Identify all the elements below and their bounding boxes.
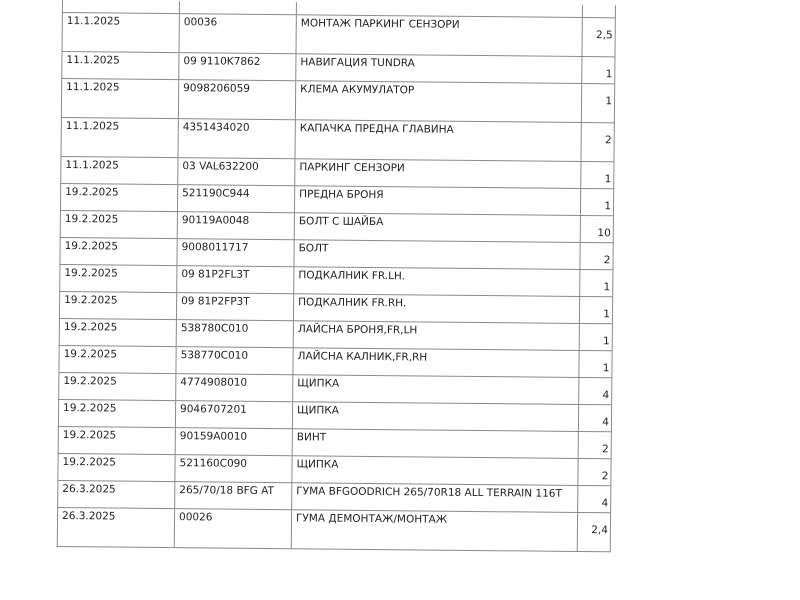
description-cell: ЛАЙСНА БРОНЯ,FR,LH bbox=[293, 321, 579, 351]
description-cell: ГУМА ДЕМОНТАЖ/МОНТАЖ bbox=[291, 510, 577, 552]
part-code-cell: 4351434020 bbox=[178, 119, 295, 159]
quantity-value: 1 bbox=[603, 308, 610, 320]
quantity-value: 2 bbox=[604, 254, 611, 266]
date-cell: 19.2.2025 bbox=[60, 210, 177, 238]
part-code-cell: 90159A0010 bbox=[175, 428, 292, 456]
quantity-cell: 2 bbox=[578, 431, 611, 458]
quantity-value: 1 bbox=[603, 335, 610, 347]
table-row: 11.1.2025 4351434020 КАПАЧКА ПРЕДНА ГЛАВ… bbox=[61, 117, 614, 161]
part-code-cell: 521190C944 bbox=[177, 185, 294, 213]
quantity-value: 2 bbox=[605, 134, 612, 146]
description-cell: ЛАЙСНА КАЛНИК,FR,RH bbox=[293, 348, 579, 378]
cell-empty bbox=[582, 5, 615, 18]
quantity-cell: 1 bbox=[579, 323, 612, 350]
cell-empty bbox=[179, 1, 296, 15]
part-code-cell: 9098206059 bbox=[178, 80, 295, 120]
table-row: 26.3.2025 00026 ГУМА ДЕМОНТАЖ/МОНТАЖ 2,4 bbox=[57, 507, 610, 551]
quantity-cell: 1 bbox=[582, 56, 615, 83]
part-code-cell: 09 9110K7862 bbox=[179, 53, 296, 81]
quantity-cell: 10 bbox=[580, 215, 613, 242]
description-cell: ЩИПКА bbox=[292, 402, 578, 432]
part-code-cell: 03 VAL632200 bbox=[178, 158, 295, 186]
description-cell: КАПАЧКА ПРЕДНА ГЛАВИНА bbox=[295, 120, 581, 162]
quantity-cell: 1 bbox=[579, 350, 612, 377]
date-cell: 11.1.2025 bbox=[61, 79, 178, 119]
parts-table-wrapper: 11.1.2025 00036 МОНТАЖ ПАРКИНГ СЕНЗОРИ 2… bbox=[57, 0, 616, 552]
description-cell: ЩИПКА bbox=[292, 456, 578, 486]
description-cell: ПРЕДНА БРОНЯ bbox=[294, 186, 580, 216]
quantity-value: 1 bbox=[606, 68, 613, 80]
quantity-cell: 2 bbox=[581, 122, 614, 161]
part-code-cell: 538770C010 bbox=[176, 347, 293, 375]
date-cell: 19.2.2025 bbox=[58, 426, 175, 454]
description-cell: ПОДКАЛНИК FR.LH. bbox=[294, 267, 580, 297]
scanned-document-page: 11.1.2025 00036 МОНТАЖ ПАРКИНГ СЕНЗОРИ 2… bbox=[0, 0, 800, 600]
quantity-cell: 1 bbox=[580, 269, 613, 296]
part-code-cell: 9008011717 bbox=[177, 239, 294, 267]
quantity-value: 4 bbox=[602, 416, 609, 428]
date-cell: 19.2.2025 bbox=[60, 237, 177, 265]
quantity-value: 2 bbox=[602, 443, 609, 455]
date-cell: 19.2.2025 bbox=[59, 345, 176, 373]
part-code-cell: 00026 bbox=[174, 509, 291, 549]
quantity-cell: 4 bbox=[578, 404, 611, 431]
part-code-cell: 265/70/18 BFG AT bbox=[175, 482, 292, 510]
part-code-cell: 521160C090 bbox=[175, 455, 292, 483]
table-row: 11.1.2025 9098206059 КЛЕМА АКУМУЛАТОР 1 bbox=[61, 79, 614, 123]
quantity-value: 1 bbox=[604, 281, 611, 293]
date-cell: 26.3.2025 bbox=[58, 480, 175, 508]
date-cell: 11.1.2025 bbox=[61, 156, 178, 184]
quantity-cell: 2,4 bbox=[577, 512, 610, 551]
quantity-value: 2,5 bbox=[596, 29, 613, 41]
description-cell: ЩИПКА bbox=[293, 375, 579, 405]
part-code-cell: 538780C010 bbox=[176, 320, 293, 348]
quantity-value: 1 bbox=[605, 173, 612, 185]
quantity-value: 1 bbox=[605, 95, 612, 107]
quantity-value: 4 bbox=[601, 497, 608, 509]
quantity-value: 1 bbox=[603, 362, 610, 374]
date-cell: 19.2.2025 bbox=[60, 183, 177, 211]
description-cell: МОНТАЖ ПАРКИНГ СЕНЗОРИ bbox=[296, 15, 582, 57]
description-cell: НАВИГАЦИЯ TUNDRA bbox=[296, 54, 582, 84]
description-cell: БОЛТ bbox=[294, 240, 580, 270]
description-cell: ПАРКИНГ СЕНЗОРИ bbox=[295, 159, 581, 189]
quantity-cell: 1 bbox=[580, 188, 613, 215]
description-cell: ВИНТ bbox=[292, 429, 578, 459]
date-cell: 11.1.2025 bbox=[62, 13, 179, 53]
quantity-value: 10 bbox=[597, 227, 610, 239]
quantity-value: 2,4 bbox=[591, 524, 608, 536]
date-cell: 19.2.2025 bbox=[58, 399, 175, 427]
quantity-cell: 1 bbox=[579, 296, 612, 323]
quantity-cell: 4 bbox=[579, 377, 612, 404]
description-cell: ПОДКАЛНИК FR.RH. bbox=[293, 294, 579, 324]
date-cell: 19.2.2025 bbox=[58, 453, 175, 481]
date-cell: 11.1.2025 bbox=[62, 52, 179, 80]
part-code-cell: 09 81P2FL3T bbox=[177, 266, 294, 294]
table-row: 11.1.2025 00036 МОНТАЖ ПАРКИНГ СЕНЗОРИ 2… bbox=[62, 13, 615, 57]
description-cell: КЛЕМА АКУМУЛАТОР bbox=[295, 81, 581, 123]
quantity-value: 4 bbox=[602, 389, 609, 401]
quantity-cell: 2 bbox=[578, 458, 611, 485]
date-cell: 19.2.2025 bbox=[59, 318, 176, 346]
cell-empty bbox=[62, 0, 179, 14]
quantity-cell: 1 bbox=[581, 83, 614, 122]
part-code-cell: 90119A0048 bbox=[177, 212, 294, 240]
date-cell: 19.2.2025 bbox=[59, 372, 176, 400]
date-cell: 19.2.2025 bbox=[59, 291, 176, 319]
quantity-cell: 4 bbox=[578, 485, 611, 512]
description-cell: БОЛТ С ШАЙБА bbox=[294, 213, 580, 243]
date-cell: 19.2.2025 bbox=[60, 264, 177, 292]
part-code-cell: 09 81P2FP3T bbox=[176, 293, 293, 321]
quantity-cell: 1 bbox=[581, 161, 614, 188]
part-code-cell: 9046707201 bbox=[175, 401, 292, 429]
date-cell: 26.3.2025 bbox=[57, 507, 174, 547]
quantity-value: 2 bbox=[602, 470, 609, 482]
quantity-value: 1 bbox=[604, 200, 611, 212]
quantity-cell: 2,5 bbox=[582, 17, 615, 56]
part-code-cell: 4774908010 bbox=[176, 374, 293, 402]
description-cell: ГУМА BFGOODRICH 265/70R18 ALL TERRAIN 11… bbox=[292, 483, 578, 513]
parts-table: 11.1.2025 00036 МОНТАЖ ПАРКИНГ СЕНЗОРИ 2… bbox=[57, 0, 616, 552]
quantity-cell: 2 bbox=[580, 242, 613, 269]
date-cell: 11.1.2025 bbox=[61, 117, 178, 157]
part-code-cell: 00036 bbox=[179, 14, 296, 54]
